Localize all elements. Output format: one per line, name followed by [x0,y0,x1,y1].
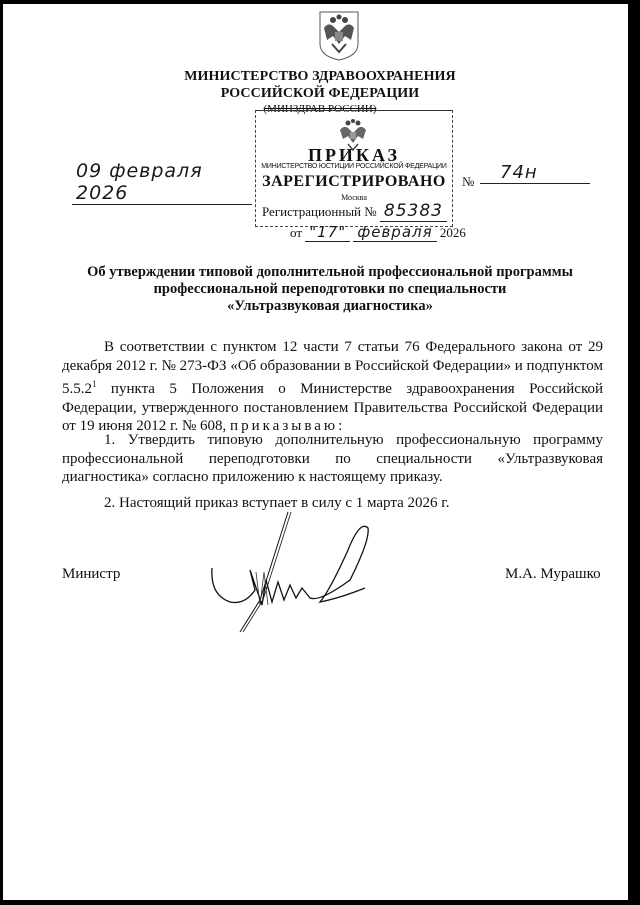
registration-date-day: "17" [305,223,350,242]
scan-border-right [628,0,640,905]
preamble-paragraph: В соответствии с пунктом 12 части 7 стат… [62,338,603,436]
stamp-authority: МИНИСТЕРСТВО ЮСТИЦИИ РОССИЙСКОЙ ФЕДЕРАЦИ… [256,163,452,170]
order-date-field: 09 февраля 2026 [72,160,252,205]
registration-date-row: от "17" февраля 2026 [290,223,466,242]
handwritten-signature-icon [200,510,390,635]
registration-stamp: ПРИКАЗ МИНИСТЕРСТВО ЮСТИЦИИ РОССИЙСКОЙ Ф… [255,110,453,227]
order-number-label: № [462,174,474,190]
registration-number: 85383 [380,201,447,222]
order-item-1: 1. Утвердить типовую дополнительную проф… [62,431,603,487]
registration-date-prefix: от [290,225,302,240]
scan-border-top [0,0,640,4]
order-title-line3: «Ультразвуковая диагностика» [60,298,600,315]
order-number: 74н [480,162,542,183]
order-title: Об утверждении типовой дополнительной пр… [60,264,600,315]
order-title-line2: профессиональной переподготовки по специ… [60,281,600,298]
scan-border-left [0,0,3,905]
coat-of-arms-icon [318,10,360,62]
order-title-line1: Об утверждении типовой дополнительной пр… [60,264,600,281]
scan-border-bottom [0,900,640,905]
signatory-position: Министр [62,566,120,583]
signatory-name: М.А. Мурашко [505,566,601,583]
stamp-status: ЗАРЕГИСТРИРОВАНО [256,173,452,191]
order-number-field: 74н [480,162,590,184]
registration-date-month: февраля [353,223,436,242]
ministry-name-line1: МИНИСТЕРСТВО ЗДРАВООХРАНЕНИЯ [0,69,640,85]
ministry-name-line2: РОССИЙСКОЙ ФЕДЕРАЦИИ [0,86,640,102]
order-date: 09 февраля 2026 [72,160,252,204]
registration-number-label: Регистрационный № [262,204,377,219]
registration-date-year: 2026 [440,225,466,240]
registration-number-row: Регистрационный № 85383 [262,201,447,222]
